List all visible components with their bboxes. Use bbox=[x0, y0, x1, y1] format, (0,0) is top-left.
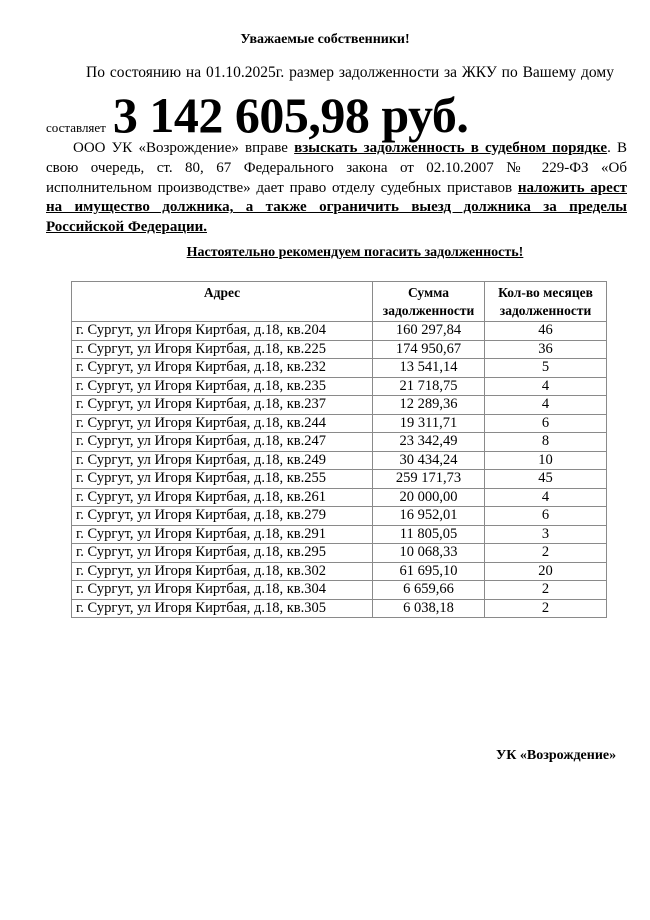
table-row: г. Сургут, ул Игоря Киртбая, д.18, кв.23… bbox=[72, 396, 607, 415]
table-row: г. Сургут, ул Игоря Киртбая, д.18, кв.24… bbox=[72, 433, 607, 452]
table-header-row: Адрес Сумма задолженности Кол-во месяцев… bbox=[72, 282, 607, 322]
cell-address: г. Сургут, ул Игоря Киртбая, д.18, кв.22… bbox=[72, 340, 373, 359]
cell-months: 5 bbox=[485, 359, 607, 378]
cell-sum: 259 171,73 bbox=[373, 470, 485, 489]
cell-sum: 19 311,71 bbox=[373, 414, 485, 433]
table-row: г. Сургут, ул Игоря Киртбая, д.18, кв.25… bbox=[72, 470, 607, 489]
table-row: г. Сургут, ул Игоря Киртбая, д.18, кв.22… bbox=[72, 340, 607, 359]
total-debt-line: составляет 3 142 605,98 руб. bbox=[46, 86, 468, 144]
legal-paragraph: ООО УК «Возрождение» вправе взыскать зад… bbox=[46, 139, 627, 238]
table-row: г. Сургут, ул Игоря Киртбая, д.18, кв.30… bbox=[72, 562, 607, 581]
table-row: г. Сургут, ул Игоря Киртбая, д.18, кв.30… bbox=[72, 581, 607, 600]
amount-prefix: составляет bbox=[46, 120, 106, 135]
cell-months: 4 bbox=[485, 396, 607, 415]
cell-sum: 10 068,33 bbox=[373, 544, 485, 563]
header-sum: Сумма задолженности bbox=[373, 282, 485, 322]
cell-months: 2 bbox=[485, 599, 607, 618]
cell-address: г. Сургут, ул Игоря Киртбая, д.18, кв.30… bbox=[72, 581, 373, 600]
cell-sum: 6 038,18 bbox=[373, 599, 485, 618]
table-row: г. Сургут, ул Игоря Киртбая, д.18, кв.27… bbox=[72, 507, 607, 526]
cell-address: г. Сургут, ул Игоря Киртбая, д.18, кв.20… bbox=[72, 322, 373, 341]
cell-sum: 21 718,75 bbox=[373, 377, 485, 396]
para-text-1: ООО УК «Возрождение» вправе bbox=[73, 140, 294, 156]
cell-address: г. Сургут, ул Игоря Киртбая, д.18, кв.30… bbox=[72, 599, 373, 618]
cell-sum: 6 659,66 bbox=[373, 581, 485, 600]
cell-sum: 12 289,36 bbox=[373, 396, 485, 415]
cell-address: г. Сургут, ул Игоря Киртбая, д.18, кв.30… bbox=[72, 562, 373, 581]
cell-address: г. Сургут, ул Игоря Киртбая, д.18, кв.24… bbox=[72, 414, 373, 433]
cell-months: 4 bbox=[485, 488, 607, 507]
cell-address: г. Сургут, ул Игоря Киртбая, д.18, кв.23… bbox=[72, 359, 373, 378]
table-row: г. Сургут, ул Игоря Киртбая, д.18, кв.30… bbox=[72, 599, 607, 618]
cell-months: 46 bbox=[485, 322, 607, 341]
cell-sum: 61 695,10 bbox=[373, 562, 485, 581]
signature: УК «Возрождение» bbox=[496, 748, 616, 764]
notice-page: Уважаемые собственники! По состоянию на … bbox=[0, 0, 650, 920]
intro-text: По состоянию на 01.10.2025г. размер задо… bbox=[86, 64, 626, 82]
table-row: г. Сургут, ул Игоря Киртбая, д.18, кв.26… bbox=[72, 488, 607, 507]
cell-address: г. Сургут, ул Игоря Киртбая, д.18, кв.26… bbox=[72, 488, 373, 507]
debt-table: Адрес Сумма задолженности Кол-во месяцев… bbox=[71, 281, 607, 618]
cell-months: 45 bbox=[485, 470, 607, 489]
cell-months: 10 bbox=[485, 451, 607, 470]
cell-months: 4 bbox=[485, 377, 607, 396]
cell-months: 3 bbox=[485, 525, 607, 544]
table-row: г. Сургут, ул Игоря Киртбая, д.18, кв.23… bbox=[72, 377, 607, 396]
header-months: Кол-во месяцев задолженности bbox=[485, 282, 607, 322]
para-emphasis-1: взыскать задолженность в судебном порядк… bbox=[294, 140, 607, 156]
cell-sum: 11 805,05 bbox=[373, 525, 485, 544]
table-row: г. Сургут, ул Игоря Киртбая, д.18, кв.23… bbox=[72, 359, 607, 378]
table-row: г. Сургут, ул Игоря Киртбая, д.18, кв.24… bbox=[72, 451, 607, 470]
greeting-heading: Уважаемые собственники! bbox=[0, 32, 650, 48]
cell-sum: 23 342,49 bbox=[373, 433, 485, 452]
table-row: г. Сургут, ул Игоря Киртбая, д.18, кв.29… bbox=[72, 525, 607, 544]
cell-sum: 160 297,84 bbox=[373, 322, 485, 341]
cell-months: 2 bbox=[485, 581, 607, 600]
table-row: г. Сургут, ул Игоря Киртбая, д.18, кв.20… bbox=[72, 322, 607, 341]
cell-months: 6 bbox=[485, 507, 607, 526]
cell-address: г. Сургут, ул Игоря Киртбая, д.18, кв.29… bbox=[72, 525, 373, 544]
cell-address: г. Сургут, ул Игоря Киртбая, д.18, кв.24… bbox=[72, 451, 373, 470]
cell-address: г. Сургут, ул Игоря Киртбая, д.18, кв.25… bbox=[72, 470, 373, 489]
cell-sum: 16 952,01 bbox=[373, 507, 485, 526]
cell-sum: 174 950,67 bbox=[373, 340, 485, 359]
cell-address: г. Сургут, ул Игоря Киртбая, д.18, кв.27… bbox=[72, 507, 373, 526]
cell-sum: 30 434,24 bbox=[373, 451, 485, 470]
cell-address: г. Сургут, ул Игоря Киртбая, д.18, кв.23… bbox=[72, 396, 373, 415]
cell-months: 20 bbox=[485, 562, 607, 581]
cell-address: г. Сургут, ул Игоря Киртбая, д.18, кв.29… bbox=[72, 544, 373, 563]
cell-months: 2 bbox=[485, 544, 607, 563]
cell-months: 6 bbox=[485, 414, 607, 433]
cell-address: г. Сургут, ул Игоря Киртбая, д.18, кв.23… bbox=[72, 377, 373, 396]
cell-sum: 13 541,14 bbox=[373, 359, 485, 378]
header-address: Адрес bbox=[72, 282, 373, 322]
table-row: г. Сургут, ул Игоря Киртбая, д.18, кв.24… bbox=[72, 414, 607, 433]
recommendation-heading: Настоятельно рекомендуем погасить задолж… bbox=[0, 245, 650, 261]
table-body: г. Сургут, ул Игоря Киртбая, д.18, кв.20… bbox=[72, 322, 607, 618]
cell-sum: 20 000,00 bbox=[373, 488, 485, 507]
cell-months: 36 bbox=[485, 340, 607, 359]
cell-months: 8 bbox=[485, 433, 607, 452]
table-row: г. Сургут, ул Игоря Киртбая, д.18, кв.29… bbox=[72, 544, 607, 563]
total-debt-amount: 3 142 605,98 руб. bbox=[113, 87, 469, 143]
cell-address: г. Сургут, ул Игоря Киртбая, д.18, кв.24… bbox=[72, 433, 373, 452]
